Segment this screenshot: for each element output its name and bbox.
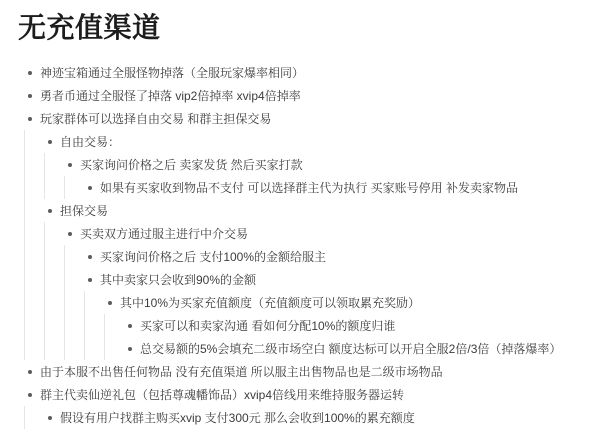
outline-item-text: 群主代卖仙逆礼包（包括尊魂幡饰品）xvip4倍线用来维持服务器运转 [40,387,404,403]
outline-item: 如果有买家收到物品不支付 可以选择群主代为执行 买家账号停用 补发卖家物品 [88,176,579,199]
bullet-icon [68,232,72,236]
outline-children: 买家询问价格之后 卖家发货 然后买家打款 如果有买家收到物品不支付 可以选择群主… [44,153,579,199]
bullet-icon [28,94,32,98]
bullet-icon [88,278,92,282]
outline-children: 买卖双方通过服主进行中介交易 买家询问价格之后 支付100%的金额给服主 [44,222,579,360]
outline-item: 神迹宝箱通过全服怪物掉落（全服玩家爆率相同） [28,61,579,84]
outline-item-text: 勇者币通过全服怪了掉落 vip2倍掉率 xvip4倍掉率 [40,88,301,104]
outline-item-text: 神迹宝箱通过全服怪物掉落（全服玩家爆率相同） [40,65,304,81]
bullet-icon [88,255,92,259]
page-title: 无充值渠道 [18,10,579,46]
outline-item-text: 自由交易： [60,134,120,150]
outline-item: 勇者币通过全服怪了掉落 vip2倍掉率 xvip4倍掉率 [28,84,579,107]
outline-children: 其中10%为买家充值额度（充值额度可以领取累充奖励） 买家可以和卖家沟通 看如何… [84,291,579,360]
outline-item-text: 由于本服不出售任何物品 没有充值渠道 所以服主出售物品也是二级市场物品 [40,364,443,380]
bullet-icon [48,140,52,144]
outline-item: 总交易额的5%会填充二级市场空白 额度达标可以开启全服2倍/3倍（掉落爆率） [128,337,579,360]
outline-item: 群主代卖仙逆礼包（包括尊魂幡饰品）xvip4倍线用来维持服务器运转 假设有用户找… [28,383,579,429]
outline-item-text: 假设有用户找群主购买xvip 支付300元 那么会收到100%的累充额度 [60,410,415,426]
bullet-icon [28,117,32,121]
outline-item: 买卖双方通过服主进行中介交易 买家询问价格之后 支付100%的金额给服主 [68,222,579,360]
outline-item: 由于本服不出售任何物品 没有充值渠道 所以服主出售物品也是二级市场物品 [28,360,579,383]
bullet-icon [128,347,132,351]
outline-item: 买家询问价格之后 卖家发货 然后买家打款 如果有买家收到物品不支付 可以选择群主… [68,153,579,199]
outline-children: 买家询问价格之后 支付100%的金额给服主 其中卖家只会收到90%的金额 [64,245,579,360]
outline-item: 担保交易 买卖双方通过服主进行中介交易 [48,199,579,360]
bullet-icon [88,186,92,190]
outline-item: 买家可以和卖家沟通 看如何分配10%的额度归谁 [128,314,579,337]
outline-item-text: 其中10%为买家充值额度（充值额度可以领取累充奖励） [120,295,420,311]
outline-item-text: 担保交易 [60,203,108,219]
outline-item-text: 买家可以和卖家沟通 看如何分配10%的额度归谁 [140,318,395,334]
outline-item-text: 如果有买家收到物品不支付 可以选择群主代为执行 买家账号停用 补发卖家物品 [100,180,518,196]
outline-item-text: 买家询问价格之后 卖家发货 然后买家打款 [80,157,303,173]
outline-item: 玩家群体可以选择自由交易 和群主担保交易 自由交易： 买家询问价格之后 卖家发货… [28,107,579,360]
outline-item: 假设有用户找群主购买xvip 支付300元 那么会收到100%的累充额度 [48,406,579,429]
bullet-icon [28,370,32,374]
bullet-icon [108,301,112,305]
bullet-icon [48,416,52,420]
bullet-icon [128,324,132,328]
outline-item-text: 总交易额的5%会填充二级市场空白 额度达标可以开启全服2倍/3倍（掉落爆率） [140,341,561,357]
outline-item-text: 其中卖家只会收到90%的金额 [100,272,256,288]
outline-item: 自由交易： 买家询问价格之后 卖家发货 然后买家打款 [48,130,579,199]
outline-children: 如果有买家收到物品不支付 可以选择群主代为执行 买家账号停用 补发卖家物品 [64,176,579,199]
document-page: 无充值渠道 神迹宝箱通过全服怪物掉落（全服玩家爆率相同） 勇者币通过全服怪了掉落… [0,0,599,447]
outline-list: 神迹宝箱通过全服怪物掉落（全服玩家爆率相同） 勇者币通过全服怪了掉落 vip2倍… [18,61,579,429]
outline-children: 买家可以和卖家沟通 看如何分配10%的额度归谁 总交易额的5%会填充二级市场空 [104,314,579,360]
outline-children: 自由交易： 买家询问价格之后 卖家发货 然后买家打款 [24,130,579,360]
outline-item: 买家询问价格之后 支付100%的金额给服主 [88,245,579,268]
outline-item: 其中10%为买家充值额度（充值额度可以领取累充奖励） 买家可以和卖家沟通 看如何… [108,291,579,360]
bullet-icon [48,209,52,213]
outline-item-text: 玩家群体可以选择自由交易 和群主担保交易 [40,111,271,127]
outline-item: 其中卖家只会收到90%的金额 其中10%为买家充值额度（充值额度可以领取累充奖励… [88,268,579,360]
bullet-icon [68,163,72,167]
bullet-icon [28,71,32,75]
outline-item-text: 买家询问价格之后 支付100%的金额给服主 [100,249,326,265]
outline-children: 假设有用户找群主购买xvip 支付300元 那么会收到100%的累充额度 [24,406,579,429]
bullet-icon [28,393,32,397]
outline-item-text: 买卖双方通过服主进行中介交易 [80,226,248,242]
